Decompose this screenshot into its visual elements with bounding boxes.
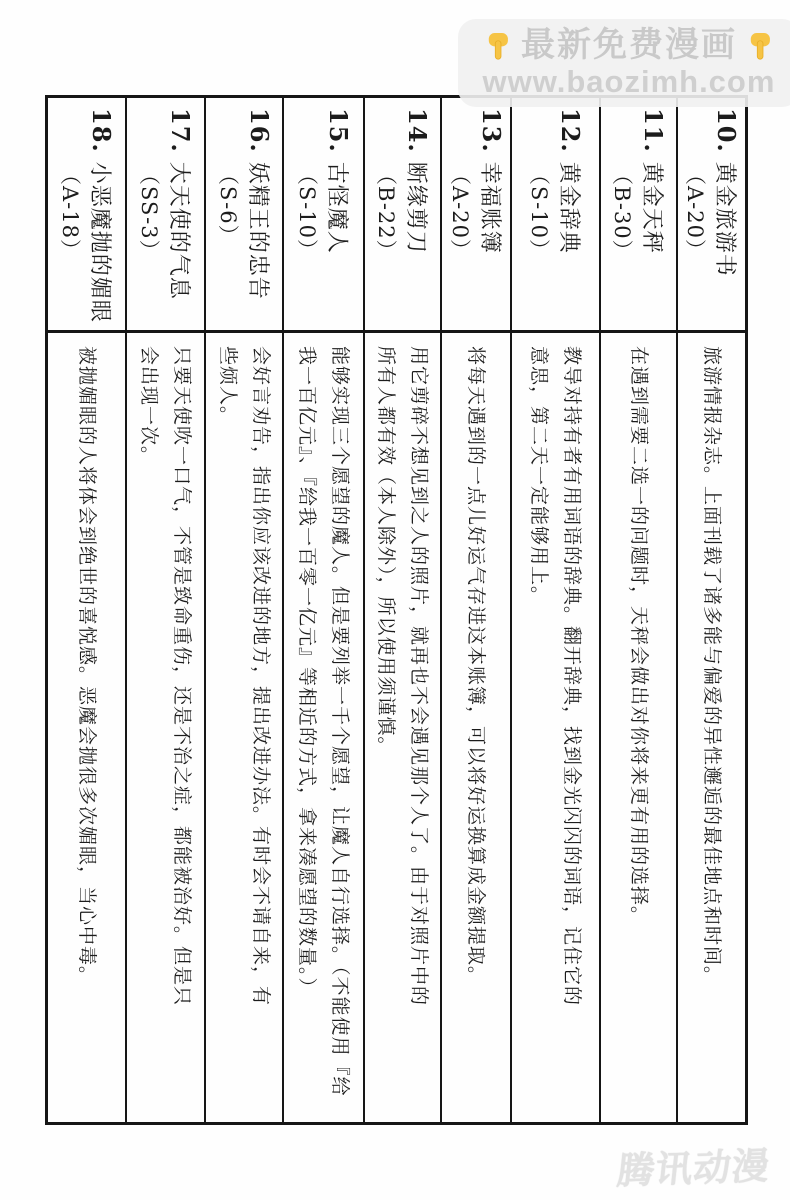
hand-pointing-down-icon — [743, 28, 777, 62]
hand-pointing-down-icon — [481, 28, 515, 62]
item-desc-line: 只要天使吹一口气，不管是致命重伤，还是不治之症，都能被治好。但是只 — [166, 346, 199, 1122]
item-desc-cell: 将每天遇到的一点儿好运气存进这本账簿，可以将好运换算成金额提取。 — [442, 333, 510, 1122]
tencent-comics-logo: 腾讯动漫 — [615, 1135, 773, 1194]
table-row: 14.断缘剪刀 （B-22） 用它剪碎不想见到之人的照片，就再也不会遇见那个人了… — [363, 98, 440, 1122]
item-desc-line: 我一百亿元』、『给我一百零一亿元』等相近的方式，拿来凑愿望的数量。） — [291, 346, 324, 1122]
watermark-site-url: www.baozimh.com — [483, 65, 776, 99]
item-desc-cell: 用它剪碎不想见到之人的照片，就再也不会遇见那个人了。由于对照片中的 所有人都有效… — [365, 333, 440, 1122]
item-name-cell: 15.古怪魔人 （S-10） — [284, 98, 363, 333]
item-desc-cell: 只要天使吹一口气，不管是致命重伤，还是不治之症，都能被治好。但是只 会出现一次。 — [127, 333, 204, 1122]
item-desc-line: 在遇到需要二选一的问题时，天秤会做出对你将来更有用的选择。 — [622, 346, 655, 1122]
item-desc-line: 会出现一次。 — [133, 346, 166, 1122]
item-desc-line: 教导对持有者有用词语的辞典。翻开辞典，找到金光闪闪的词语，记住它的 — [556, 346, 589, 1122]
item-number-and-name: 16.妖精王的忠告 — [242, 108, 274, 330]
item-name-cell: 12.黄金辞典 （S-10） — [512, 98, 599, 333]
item-desc-line: 能够实现三个愿望的魔人。但是要列举一千个愿望，让魔人自行选择。（不能使用『给 — [324, 346, 357, 1122]
item-number: 14. — [404, 108, 433, 153]
item-number-and-name: 15.古怪魔人 — [322, 108, 354, 330]
table-row: 17.大天使的气息 （SS-3） 只要天使吹一口气，不管是致命重伤，还是不治之症… — [125, 98, 204, 1122]
item-name-cell: 18.小恶魔抛的媚眼 （A-18） — [48, 98, 125, 333]
item-desc-cell: 被抛媚眼的人将体会到绝世的喜悦感。恶魔会抛很多次媚眼，当心中毒。 — [48, 333, 125, 1122]
table-row: 11.黄金天秤 （B-30） 在遇到需要二选一的问题时，天秤会做出对你将来更有用… — [599, 98, 676, 1122]
item-number: 11. — [640, 108, 669, 153]
item-number: 15. — [325, 108, 354, 153]
item-name: 幸福账簿 — [477, 162, 502, 254]
item-desc-line: 意思，第二天一定能够用上。 — [523, 346, 556, 1122]
table-row: 15.古怪魔人 （S-10） 能够实现三个愿望的魔人。但是要列举一千个愿望，让魔… — [282, 98, 363, 1122]
item-desc-line: 被抛媚眼的人将体会到绝世的喜悦感。恶魔会抛很多次媚眼，当心中毒。 — [70, 346, 103, 1122]
item-number: 13. — [477, 108, 506, 153]
item-code: （A-18） — [57, 108, 85, 330]
item-number: 10. — [713, 108, 742, 153]
item-code: （A-20） — [682, 108, 710, 330]
item-name: 断缘剪刀 — [404, 162, 429, 254]
item-name: 黄金旅游书 — [713, 162, 738, 277]
scanned-manga-page: 10.黄金旅游书 （A-20） 旅游情报杂志。上面刊载了诸多能与偏爱的异性邂逅的… — [0, 0, 790, 1200]
item-desc-cell: 能够实现三个愿望的魔人。但是要列举一千个愿望，让魔人自行选择。（不能使用『给 我… — [284, 333, 363, 1122]
item-code: （A-20） — [446, 108, 474, 330]
item-number: 17. — [167, 108, 196, 153]
item-number-and-name: 11.黄金天秤 — [637, 108, 669, 330]
item-code: （S-10） — [526, 108, 554, 330]
item-desc-line: 用它剪碎不想见到之人的照片，就再也不会遇见那个人了。由于对照片中的 — [403, 346, 436, 1122]
item-code: （SS-3） — [136, 108, 164, 330]
item-number-and-name: 18.小恶魔抛的媚眼 — [85, 108, 117, 330]
watermark-text: 最新免费漫画 — [521, 27, 737, 63]
table-row: 10.黄金旅游书 （A-20） 旅游情报杂志。上面刊载了诸多能与偏爱的异性邂逅的… — [676, 98, 745, 1122]
item-desc-line: 将每天遇到的一点儿好运气存进这本账簿，可以将好运换算成金额提取。 — [460, 346, 493, 1122]
item-number-and-name: 17.大天使的气息 — [164, 108, 196, 330]
table-row: 13.幸福账簿 （A-20） 将每天遇到的一点儿好运气存进这本账簿，可以将好运换… — [440, 98, 510, 1122]
item-desc-cell: 会好言劝告，指出你应该改进的地方，提出改进办法。有时会不请自来，有 些烦人。 — [206, 333, 282, 1122]
item-name-cell: 13.幸福账簿 （A-20） — [442, 98, 510, 333]
item-number-and-name: 14.断缘剪刀 — [401, 108, 433, 330]
table-row: 12.黄金辞典 （S-10） 教导对持有者有用词语的辞典。翻开辞典，找到金光闪闪… — [510, 98, 599, 1122]
item-desc-cell: 教导对持有者有用词语的辞典。翻开辞典，找到金光闪闪的词语，记住它的 意思，第二天… — [512, 333, 599, 1122]
item-name-cell: 17.大天使的气息 （SS-3） — [127, 98, 204, 333]
item-code: （B-22） — [373, 108, 401, 330]
table-row: 18.小恶魔抛的媚眼 （A-18） 被抛媚眼的人将体会到绝世的喜悦感。恶魔会抛很… — [48, 98, 125, 1122]
item-number-and-name: 13.幸福账簿 — [474, 108, 506, 330]
item-number-and-name: 10.黄金旅游书 — [710, 108, 742, 330]
item-name-cell: 11.黄金天秤 （B-30） — [601, 98, 676, 333]
watermark-banner: 最新免费漫画 www.baozimh.com — [458, 19, 790, 107]
item-name-cell: 10.黄金旅游书 （A-20） — [678, 98, 745, 333]
item-number: 12. — [557, 108, 586, 153]
item-name: 大天使的气息 — [167, 162, 192, 300]
item-desc-cell: 旅游情报杂志。上面刊载了诸多能与偏爱的异性邂逅的最佳地点和时间。 — [678, 333, 745, 1122]
watermark-title-line: 最新免费漫画 — [481, 27, 777, 63]
item-desc-line: 所有人都有效（本人除外），所以使用须谨慎。 — [370, 346, 403, 1122]
item-name-cell: 14.断缘剪刀 （B-22） — [365, 98, 440, 333]
item-number-and-name: 12.黄金辞典 — [554, 108, 586, 330]
item-number: 16. — [245, 108, 274, 153]
item-name: 古怪魔人 — [325, 162, 350, 254]
item-name-cell: 16.妖精王的忠告 （S-6） — [206, 98, 282, 333]
item-code: （B-30） — [609, 108, 637, 330]
item-code: （S-10） — [294, 108, 322, 330]
item-desc-line: 旅游情报杂志。上面刊载了诸多能与偏爱的异性邂逅的最佳地点和时间。 — [695, 346, 728, 1122]
item-table: 10.黄金旅游书 （A-20） 旅游情报杂志。上面刊载了诸多能与偏爱的异性邂逅的… — [45, 95, 748, 1125]
table-row: 16.妖精王的忠告 （S-6） 会好言劝告，指出你应该改进的地方，提出改进办法。… — [204, 98, 282, 1122]
item-code: （S-6） — [214, 108, 242, 330]
item-name: 小恶魔抛的媚眼 — [88, 162, 113, 323]
item-desc-line: 会好言劝告，指出你应该改进的地方，提出改进办法。有时会不请自来，有 — [244, 346, 277, 1122]
item-name: 黄金辞典 — [557, 162, 582, 254]
item-desc-cell: 在遇到需要二选一的问题时，天秤会做出对你将来更有用的选择。 — [601, 333, 676, 1122]
item-name: 黄金天秤 — [640, 162, 665, 254]
item-name: 妖精王的忠告 — [245, 162, 270, 300]
item-desc-line: 些烦人。 — [211, 346, 244, 1122]
item-number: 18. — [88, 108, 117, 153]
